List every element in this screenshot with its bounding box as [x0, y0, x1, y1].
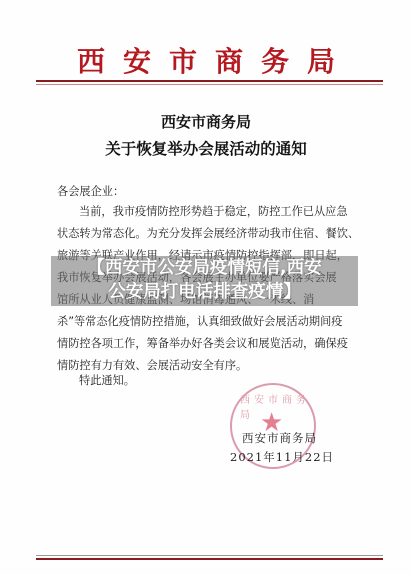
paragraph-line: 杀”等常态化疫情防控措施，认真细致做好会展活动期间疫	[57, 311, 355, 333]
closing-text: 特此通知。	[57, 370, 377, 392]
masthead-rule-thin	[36, 84, 383, 85]
signature-date: 2021年11月22日	[230, 449, 334, 465]
footer-rule-thin	[36, 555, 383, 556]
document-page: 西安市商务局 西安市商务局 关于恢复举办会展活动的通知 各会展企业： 当前，我市…	[0, 0, 412, 574]
banner-line-2: 公安局打电话排查疫情】	[51, 280, 358, 304]
document-issuer: 西安市商务局	[0, 111, 412, 132]
footer-rule	[36, 558, 383, 560]
banner-line-1: 【西安市公安局疫情短信,西安	[51, 256, 358, 280]
masthead-rule	[36, 80, 383, 82]
signature-org: 西安市商务局	[242, 430, 317, 446]
paragraph-line: 当前，我市疫情防控形势趋于稳定，防控工作已从应急	[57, 201, 355, 223]
overlay-banner-headline: 【西安市公安局疫情短信,西安 公安局打电话排查疫情】	[51, 256, 358, 304]
masthead-title: 西安市商务局	[0, 40, 412, 80]
paragraph-line: 状态转为常态化。为充分发挥会展经济带动我市住宿、餐饮、	[57, 223, 355, 245]
paragraph-line: 情防控各项工作，筹备举办好各类会议和展览活动，确保疫	[57, 333, 355, 355]
salutation: 各会展企业：	[57, 181, 355, 203]
document-title: 关于恢复举办会展活动的通知	[0, 137, 412, 159]
